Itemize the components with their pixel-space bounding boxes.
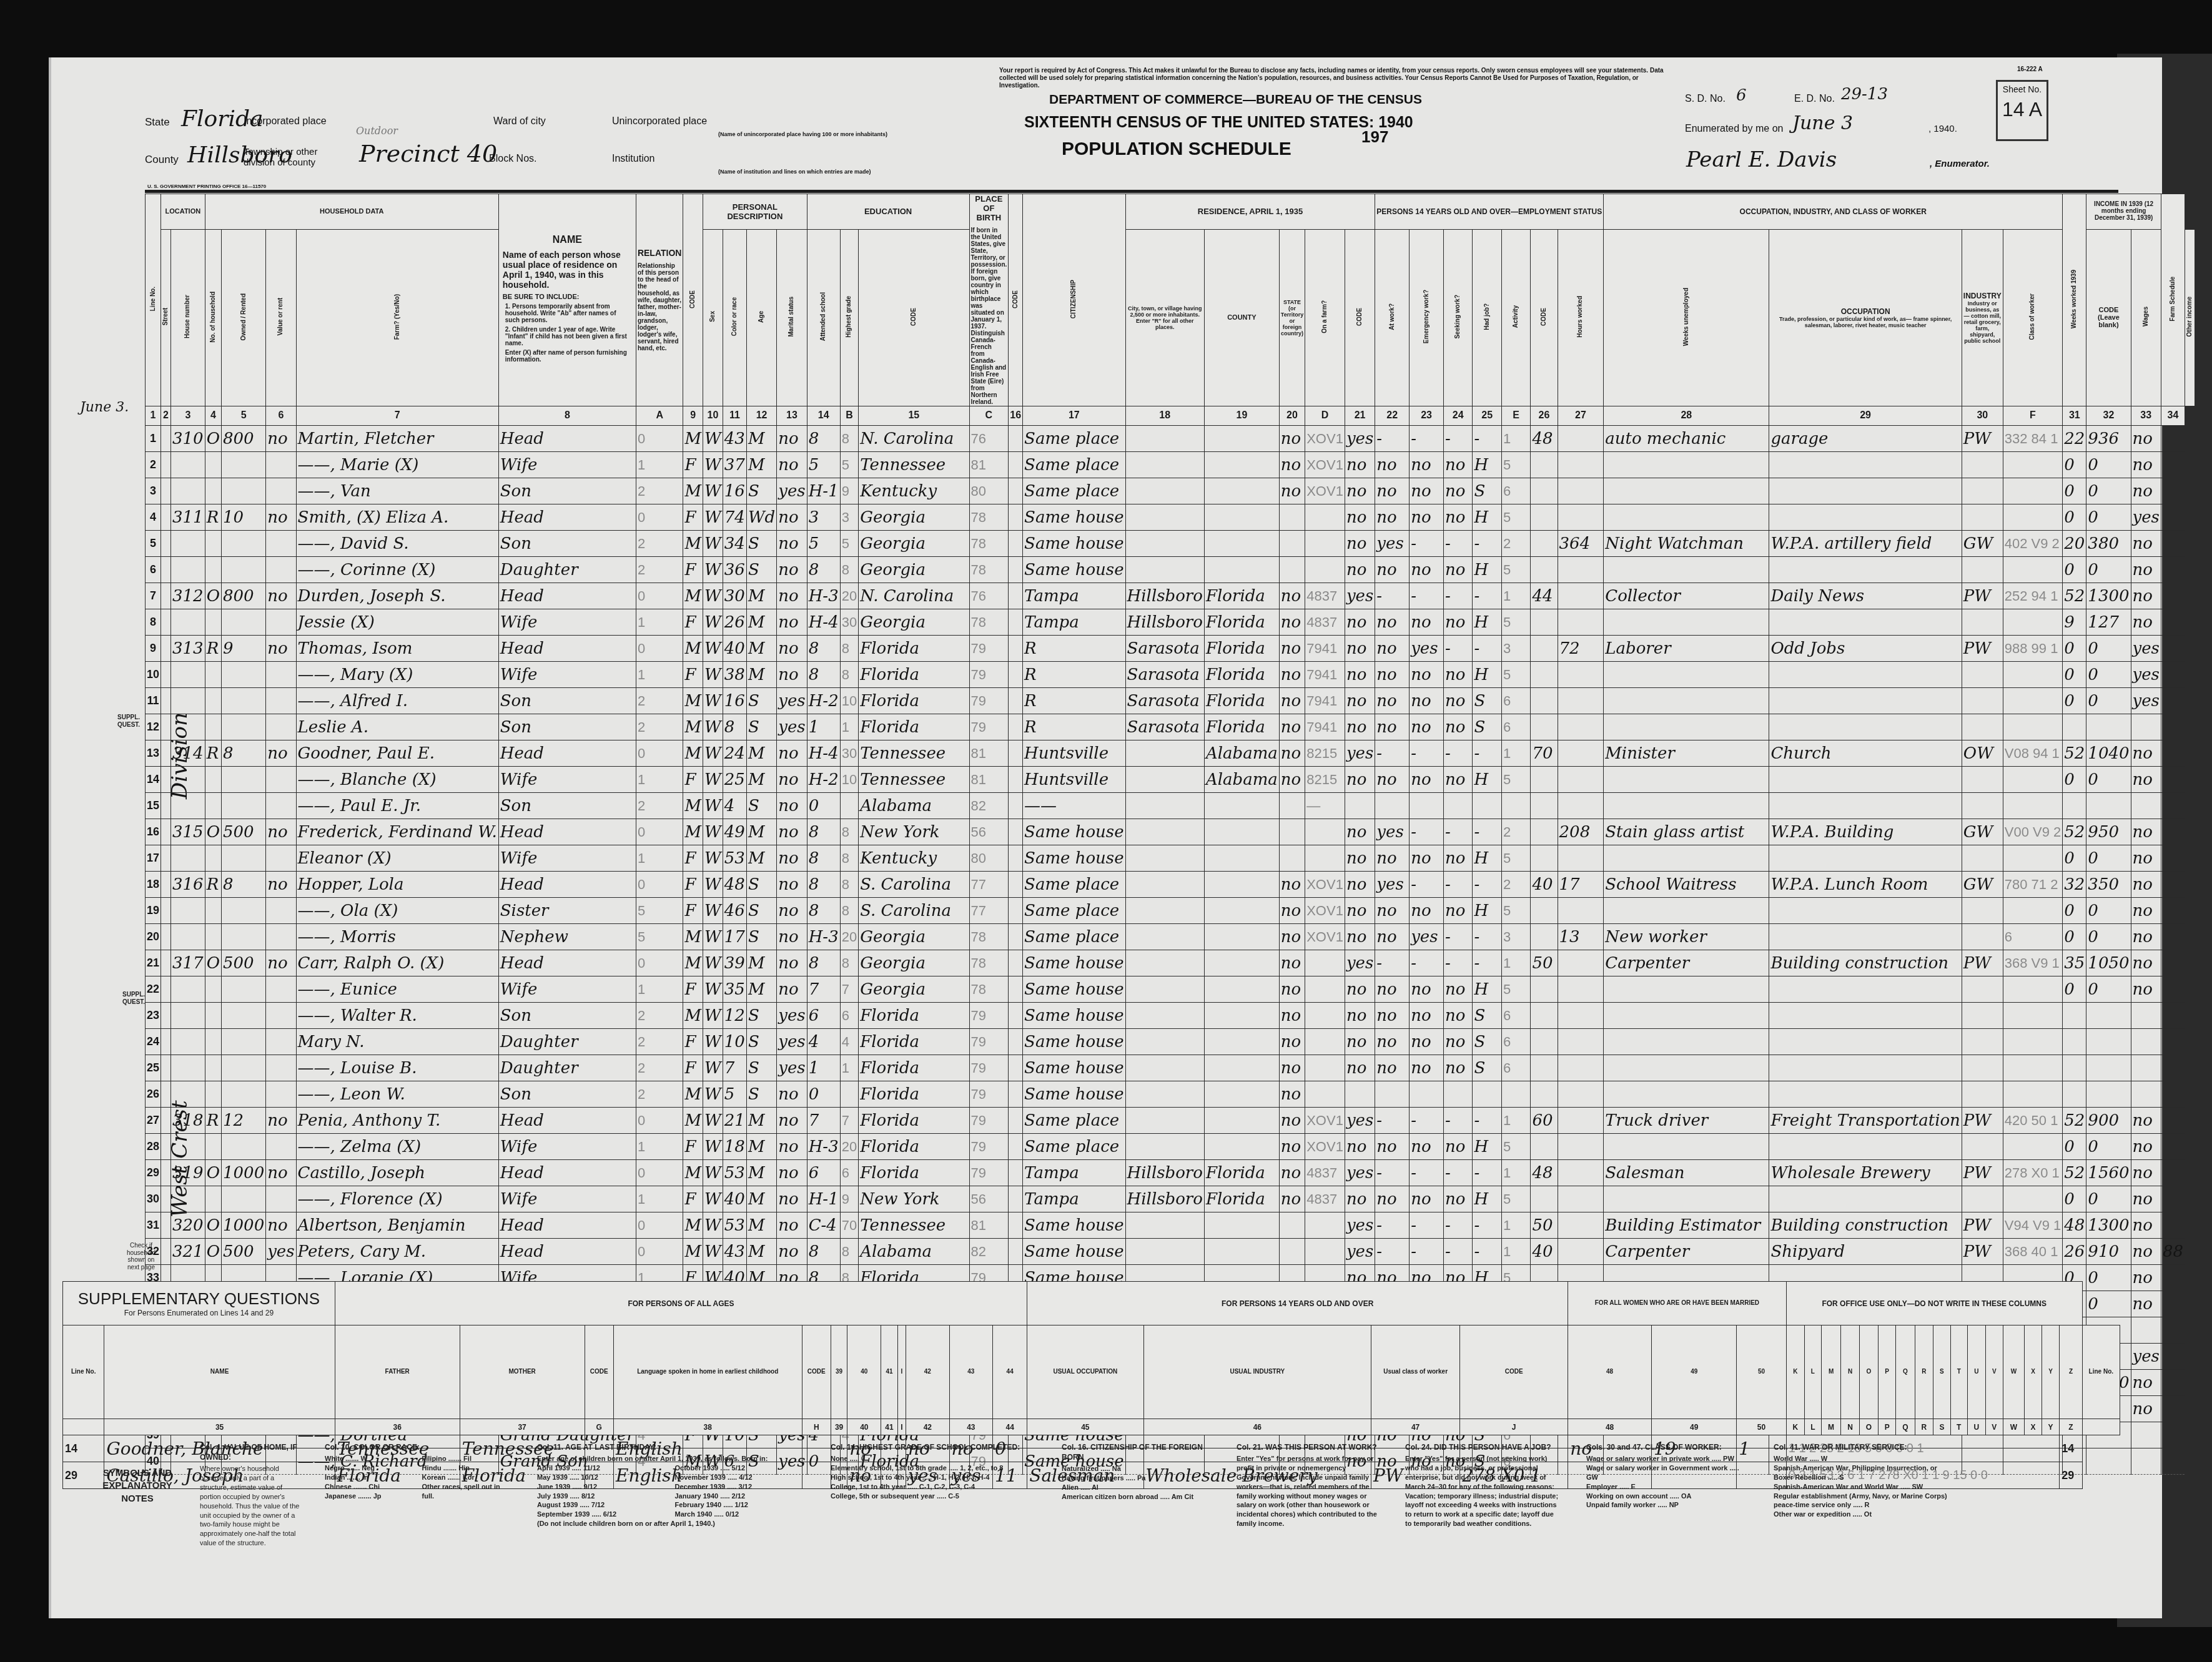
cell-hours: 50 [1531,1212,1558,1239]
supp-column-number: Q [1896,1419,1915,1435]
cell-code-a: 0 [636,504,683,531]
enumerated-date: June 3 [1792,112,1853,134]
cell-tenure [205,1186,221,1212]
cell-relation: Wife [498,1186,636,1212]
supp-column-number: K [1786,1419,1804,1435]
cell-weeks: 48 [2063,1212,2086,1239]
cell-res-farm: no [1279,950,1305,976]
cell-name: Castillo, Joseph [296,1160,498,1186]
note-item: Elementary school, 1st to 8th grade ....… [831,1464,1024,1473]
cell-line: 9 [146,636,161,662]
col-code-a: CODE [683,194,703,406]
cell-c21: no [1345,1055,1375,1081]
cell-empty [1009,452,1023,478]
cell-occupation [1604,688,1769,714]
cell-code-f [2003,557,2063,583]
cell-tenure [205,609,221,636]
note-item: Alien ..... Al [1062,1483,1212,1493]
cell-line: 13 [146,740,161,767]
cell-school: no [777,740,807,767]
supp-column-header: 41 [881,1325,897,1419]
cell-line: 8 [146,609,161,636]
note-item: Filipino ....... Fil [422,1455,513,1464]
cell-weeks: 52 [2063,1160,2086,1186]
cell-c25: - [1473,924,1501,950]
cell-code-e: 3 [1501,636,1530,662]
cell-tenure: R [205,1108,221,1134]
cell-code-e: 1 [1501,950,1530,976]
cell-code-b: 8 [840,898,858,924]
cell-age: 25 [723,767,746,793]
cell-code-c: 79 [969,688,1009,714]
cell-c22: yes [1375,872,1410,898]
supp-column-header: O [1859,1325,1879,1419]
cell-marital: S [746,1081,776,1108]
cell-relation: Head [498,504,636,531]
cell-age: 40 [723,636,746,662]
cell-res-farm: no [1279,583,1305,609]
cell-line: 6 [146,557,161,583]
table-row: 2——, Marie (X)Wife1FW37Mno55Tennessee81S… [146,452,2195,478]
cell-age: 8 [723,714,746,740]
cell-c23: no [1410,767,1444,793]
cell-res-state: Florida [1204,609,1279,636]
cell-c22: - [1375,1160,1410,1186]
cell-marital: S [746,872,776,898]
cell-race: W [703,1160,723,1186]
cell-line: 3 [146,478,161,504]
cell-code-d: 4837 [1305,583,1345,609]
cell-other-income: yes [2131,636,2161,662]
cell-code-b: 1 [840,1055,858,1081]
note-item: Spanish-American War and World War .....… [1774,1483,1948,1492]
cell-code-e: 6 [1501,714,1530,740]
cell-age: 17 [723,924,746,950]
note-item: April 1939 ..... 11/12 [537,1464,668,1473]
column-number: 23 [1410,406,1444,426]
table-row: 13314R8noGoodner, Paul E.Head0MW24MnoH-4… [146,740,2195,767]
cell-code-e: 6 [1501,478,1530,504]
cell-weeks-unemp [1558,688,1604,714]
cell-empty [161,1212,171,1239]
cell-res-state: Florida [1204,714,1279,740]
cell-res-city: Tampa [1023,583,1126,609]
cell-grade: H-3 [807,924,840,950]
cell-code-c: 77 [969,898,1009,924]
cell-empty [161,976,171,1003]
supp-column-number [63,1419,104,1435]
cell-grade: 8 [807,845,840,872]
cell-industry: W.P.A. Lunch Room [1769,872,1962,898]
cell-occupation [1604,898,1769,924]
cell-c22: no [1375,1134,1410,1160]
cell-empty [1009,1003,1023,1029]
cell-c23: no [1410,662,1444,688]
cell-other-income [2131,1055,2161,1081]
note-item: High school, 1st to 4th year ..... H-1, … [831,1473,1024,1483]
cell-weeks-unemp [1558,504,1604,531]
supp-column-number: Z [2060,1419,2082,1435]
cell-hours [1531,898,1558,924]
cell-code-a: 1 [636,1186,683,1212]
cell-c21: yes [1345,426,1375,452]
column-number: 3 [171,406,205,426]
cell-code-d [1305,1239,1345,1265]
cell-marital: M [746,583,776,609]
cell-empty [161,1081,171,1108]
cell-farm-sched [2161,1396,2185,1422]
supp-column-header: 42 [906,1325,950,1419]
cell-c23: no [1410,976,1444,1003]
cell-occupation: Carpenter [1604,1239,1769,1265]
cell-marital: M [746,976,776,1003]
cell-wages: 1050 [2086,950,2131,976]
cell-weeks: 26 [2063,1239,2086,1265]
supp-all-ages: FOR PERSONS OF ALL AGES [335,1282,1027,1325]
cell-c21: no [1345,452,1375,478]
cell-hours [1531,1003,1558,1029]
cell-name: ——, Ola (X) [296,898,498,924]
cell-weeks-unemp [1558,1081,1604,1108]
note-col14: Col. 14. HIGHEST GRADE OF SCHOOL COMPLET… [831,1442,1024,1501]
cell-occupation [1604,1081,1769,1108]
cell-race: W [703,740,723,767]
supp-column-header: USUAL INDUSTRY [1143,1325,1371,1419]
cell-birthplace: Florida [859,688,969,714]
cell-value [222,1003,266,1029]
cell-sex: F [683,609,703,636]
cell-age: 43 [723,426,746,452]
supp-column-number: 36 [335,1419,460,1435]
cell-value [222,688,266,714]
cell-farm: no [266,872,296,898]
cell-weeks: 35 [2063,950,2086,976]
cell-grade: H-1 [807,1186,840,1212]
cell-empty [1009,426,1023,452]
cell-industry [1769,1134,1962,1160]
cell-c24: - [1444,950,1473,976]
cell-code-e: 5 [1501,1134,1530,1160]
cell-c22: - [1375,583,1410,609]
cell-birthplace: Tennessee [859,767,969,793]
cell-relation: Wife [498,452,636,478]
cell-farm [266,688,296,714]
cell-grade: 3 [807,504,840,531]
cell-sex: M [683,1081,703,1108]
cell-empty [161,1029,171,1055]
cell-farm: yes [266,1239,296,1265]
supp-column-header: CODE [585,1325,613,1419]
cell-race: W [703,924,723,950]
cell-c23: no [1410,478,1444,504]
cell-res-city: Same place [1023,872,1126,898]
cell-wages [2086,793,2131,819]
cell-wages: 936 [2086,426,2131,452]
cell-code-e: 5 [1501,557,1530,583]
cell-res-farm: no [1279,609,1305,636]
cell-tenure [205,714,221,740]
cell-code-a: 1 [636,452,683,478]
cell-house [171,662,205,688]
column-number: 8 [498,406,636,426]
cell-line: 4 [146,504,161,531]
township-label: Township or other division of county [244,147,350,168]
cell-c25: S [1473,714,1501,740]
cell-code-b: 8 [840,662,858,688]
column-number: D [1305,406,1345,426]
cell-wages: 1300 [2086,1212,2131,1239]
department-title: DEPARTMENT OF COMMERCE—BUREAU OF THE CEN… [1049,92,1422,107]
cell-school: no [777,426,807,452]
cell-farm [266,793,296,819]
cell-empty [161,845,171,872]
cell-class [1962,609,2003,636]
cell-code-b: 20 [840,583,858,609]
cell-school: no [777,1108,807,1134]
column-number: 26 [1531,406,1558,426]
cell-empty [161,740,171,767]
cell-weeks: 52 [2063,740,2086,767]
cell-race: W [703,819,723,845]
cell-code-d [1305,845,1345,872]
supp-column-header: 44 [993,1325,1027,1419]
cell-house [171,976,205,1003]
cell-empty [1009,583,1023,609]
cell-empty [1009,714,1023,740]
cell-tenure [205,1081,221,1108]
cell-occupation [1604,793,1769,819]
cell-c22: no [1375,1029,1410,1055]
cell-code-f [2003,688,2063,714]
cell-age: 39 [723,950,746,976]
cell-wages: 1560 [2086,1160,2131,1186]
cell-code-a: 2 [636,1003,683,1029]
cell-race: W [703,609,723,636]
cell-code-a: 0 [636,819,683,845]
cell-marital: M [746,1186,776,1212]
cell-house [171,1003,205,1029]
cell-res-state [1204,1081,1279,1108]
cell-relation: Daughter [498,557,636,583]
cell-age: 34 [723,531,746,557]
cell-name: Frederick, Ferdinand W. [296,819,498,845]
cell-wages: 380 [2086,531,2131,557]
supp-column-header: USUAL OCCUPATION [1027,1325,1143,1419]
cell-birthplace: Tennessee [859,740,969,767]
cell-class [1962,924,2003,950]
cell-c25: H [1473,976,1501,1003]
cell-line: 30 [146,1186,161,1212]
cell-c25: - [1473,740,1501,767]
cell-res-county [1125,898,1204,924]
cell-hours: 48 [1531,426,1558,452]
cell-c21: no [1345,976,1375,1003]
cell-code-f [2003,662,2063,688]
cell-c23: no [1410,1134,1444,1160]
column-number: 13 [777,406,807,426]
cell-c21 [1345,1081,1375,1108]
supp-column-header: 40 [847,1325,881,1419]
cell-empty [1009,688,1023,714]
cell-weeks-unemp [1558,1003,1604,1029]
cell-hours [1531,1134,1558,1160]
cell-code-d: XOV1 [1305,1134,1345,1160]
cell-house [171,531,205,557]
cell-grade: 8 [807,557,840,583]
cell-weeks: 0 [2063,1186,2086,1212]
cell-res-county [1125,793,1204,819]
cell-farm-sched [2161,740,2185,767]
cell-code-d [1305,557,1345,583]
cell-tenure [205,688,221,714]
supp-column-header: Z [2060,1325,2082,1419]
cell-race: W [703,1081,723,1108]
cell-value [222,1186,266,1212]
column-number: B [840,406,858,426]
cell-tenure [205,845,221,872]
cell-code-d: 7941 [1305,688,1345,714]
cell-farm: no [266,819,296,845]
supp-column-header: Usual class of worker [1371,1325,1460,1419]
cell-occupation [1604,452,1769,478]
cell-res-county [1125,976,1204,1003]
cell-weeks [2063,1081,2086,1108]
cell-code-c: 82 [969,1239,1009,1265]
cell-res-farm: no [1279,478,1305,504]
cell-industry [1769,478,1962,504]
cell-sex: M [683,1003,703,1029]
cell-res-city: Same house [1023,557,1126,583]
cell-wages: 0 [2086,1186,2131,1212]
cell-relation: Wife [498,976,636,1003]
cell-empty [161,531,171,557]
supp-number-row: 353637G38H394041I424344454647J484950KLMN… [63,1419,2120,1435]
cell-wages: 127 [2086,609,2131,636]
cell-line: 26 [146,1081,161,1108]
cell-line: 11 [146,688,161,714]
cell-res-county [1125,872,1204,898]
cell-res-county [1125,1134,1204,1160]
cell-tenure [205,478,221,504]
cell-sex: F [683,1029,703,1055]
cell-weeks-unemp [1558,1239,1604,1265]
cell-res-farm [1279,1239,1305,1265]
cell-code-c: 81 [969,1212,1009,1239]
cell-farm-sched [2161,478,2185,504]
cell-code-b: 6 [840,1160,858,1186]
cell-res-city: R [1023,688,1126,714]
cell-c25: - [1473,1212,1501,1239]
cell-c25: - [1473,1160,1501,1186]
cell-code-a: 0 [636,872,683,898]
cell-marital: M [746,609,776,636]
cell-code-a: 0 [636,636,683,662]
cell-school: no [777,976,807,1003]
cell-code-b: 10 [840,767,858,793]
cell-race: W [703,583,723,609]
cell-birthplace: Kentucky [859,845,969,872]
cell-res-city: Same house [1023,504,1126,531]
cell-c21: no [1345,819,1375,845]
cell-house [171,1055,205,1081]
cell-value [222,845,266,872]
cell-grade: 4 [807,1029,840,1055]
cell-code-c: 79 [969,1029,1009,1055]
cell-weeks: 0 [2063,898,2086,924]
cell-class: PW [1962,426,2003,452]
cell-res-state: Alabama [1204,767,1279,793]
cell-name: ——, Florence (X) [296,1186,498,1212]
cell-c21: no [1345,531,1375,557]
cell-name: Martin, Fletcher [296,426,498,452]
cell-farm-sched [2161,1291,2185,1317]
supp-title-cell: SUPPLEMENTARY QUESTIONS For Persons Enum… [63,1282,335,1325]
cell-class [1962,898,2003,924]
cell-code-c: 78 [969,531,1009,557]
cell-birthplace: S. Carolina [859,872,969,898]
cell-c25: S [1473,1003,1501,1029]
unincorporated-note: (Name of unincorporated place having 100… [718,131,887,137]
cell-tenure [205,1029,221,1055]
cell-c25: H [1473,662,1501,688]
note-col30: Cols. 30 and 47. CLASS OF WORKER:Wage or… [1586,1442,1749,1510]
cell-farm: no [266,504,296,531]
cell-name: ——, Corinne (X) [296,557,498,583]
cell-relation: Head [498,1160,636,1186]
cell-farm-sched [2161,793,2185,819]
supp-column-number: 35 [104,1419,335,1435]
cell-value [222,714,266,740]
cell-res-state [1204,1029,1279,1055]
cell-empty [1009,793,1023,819]
supp-column-number: U [1967,1419,1985,1435]
cell-age: 46 [723,898,746,924]
cell-code-c: 78 [969,976,1009,1003]
note-item: Regular establishment (Army, Navy, or Ma… [1774,1492,1948,1511]
cell-line: 32 [146,1239,161,1265]
cell-code-a: 2 [636,688,683,714]
cell-marital: M [746,1134,776,1160]
cell-res-farm: no [1279,688,1305,714]
cell-grade: 0 [807,1081,840,1108]
cell-farm-sched [2161,1186,2185,1212]
cell-code-f: 402 V9 2 [2003,531,2063,557]
enumerated-year: , 1940. [1928,124,1957,134]
cell-c21: yes [1345,583,1375,609]
cell-empty [1009,557,1023,583]
cell-farm-sched [2161,609,2185,636]
cell-name: Durden, Joseph S. [296,583,498,609]
column-number: A [636,406,683,426]
cell-sex: F [683,976,703,1003]
cell-empty [1009,740,1023,767]
cell-code-f [2003,898,2063,924]
cell-code-d: 7941 [1305,662,1345,688]
cell-school: yes [777,688,807,714]
cell-res-county: Hillsboro [1125,1186,1204,1212]
cell-c25: H [1473,609,1501,636]
cell-hours [1531,504,1558,531]
cell-code-c: 79 [969,1055,1009,1081]
cell-relation: Head [498,740,636,767]
supp-column-number: 45 [1027,1419,1143,1435]
cell-code-c: 79 [969,662,1009,688]
cell-code-c: 79 [969,1160,1009,1186]
supp-column-header: I [897,1325,906,1419]
supp-column-header: V [1985,1325,2003,1419]
cell-c23: - [1410,1160,1444,1186]
cell-tenure [205,531,221,557]
